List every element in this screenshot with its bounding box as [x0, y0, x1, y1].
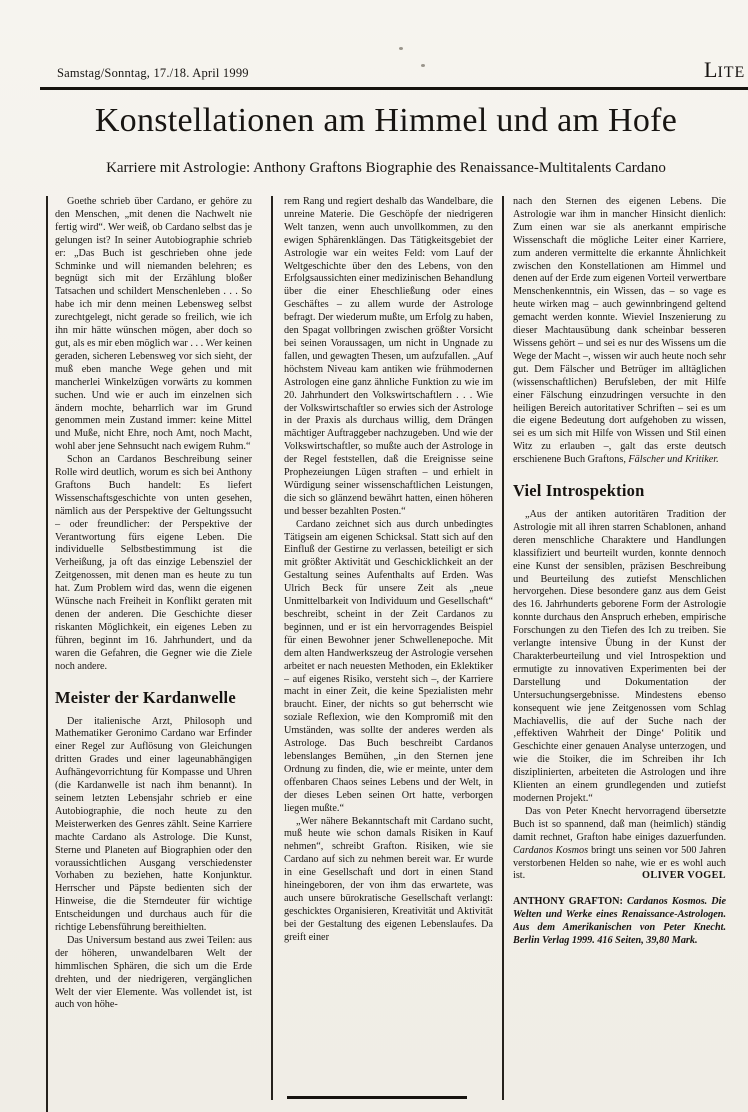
left-margin-rule [46, 196, 48, 1112]
article-paragraph: Schon an Cardanos Beschreibung seiner Ro… [55, 454, 252, 673]
article-paragraph: Goethe schrieb über Cardano, er gehöre z… [55, 196, 252, 454]
scan-speck [399, 47, 403, 50]
article-headline: Konstellationen am Himmel und am Hofe [48, 102, 724, 140]
article-paragraph: „Aus der antiken autoritären Tradition d… [513, 509, 726, 806]
subheading-kardanwelle: Meister der Kardanwelle [55, 688, 252, 707]
section-label-rest: ITE [717, 64, 745, 81]
article-paragraph: Der italienische Arzt, Philosoph und Mat… [55, 716, 252, 935]
subheading-introspektion: Viel Introspektion [513, 481, 726, 500]
column-divider-2 [502, 196, 504, 1100]
article-paragraph: „Wer nähere Bekanntschaft mit Cardano su… [284, 816, 493, 945]
masthead-rule [40, 87, 748, 90]
article-paragraph: nach den Sternen des eigenen Lebens. Die… [513, 196, 726, 467]
section-label: LITE [704, 57, 745, 83]
book-title-cardanos-kosmos: Cardanos Kosmos [513, 845, 588, 856]
column-right: nach den Sternen des eigenen Lebens. Die… [513, 196, 726, 1112]
book-title-faelscher-und-kritiker: Fälscher und Kritiker. [628, 454, 718, 465]
paragraph-text: nach den Sternen des eigenen Lebens. Die… [513, 196, 726, 465]
scan-speck [421, 64, 425, 67]
article-paragraph: rem Rang und regiert deshalb das Wandelb… [284, 196, 493, 519]
column-left: Goethe schrieb über Cardano, er gehöre z… [55, 196, 252, 1112]
newspaper-page: Samstag/Sonntag, 17./18. April 1999 LITE… [0, 0, 748, 1112]
section-label-initial: L [704, 57, 717, 82]
article-subheadline: Karriere mit Astrologie: Anthony Grafton… [48, 160, 724, 177]
article-end-rule [287, 1096, 467, 1099]
column-center: rem Rang und regiert deshalb das Wandelb… [284, 196, 493, 1112]
date-line: Samstag/Sonntag, 17./18. April 1999 [57, 66, 249, 81]
article-paragraph: Cardano zeichnet sich aus durch unbeding… [284, 519, 493, 816]
bibliography: ANTHONY GRAFTON: Cardanos Kosmos. Die We… [513, 896, 726, 948]
article-paragraph: Das Universum bestand aus zwei Teilen: a… [55, 935, 252, 1012]
bibliography-author: ANTHONY GRAFTON: [513, 896, 627, 907]
column-divider-1 [271, 196, 273, 1100]
byline: OLIVER VOGEL [513, 870, 726, 883]
paragraph-text: Das von Peter Knecht hervorragend überse… [513, 806, 726, 843]
